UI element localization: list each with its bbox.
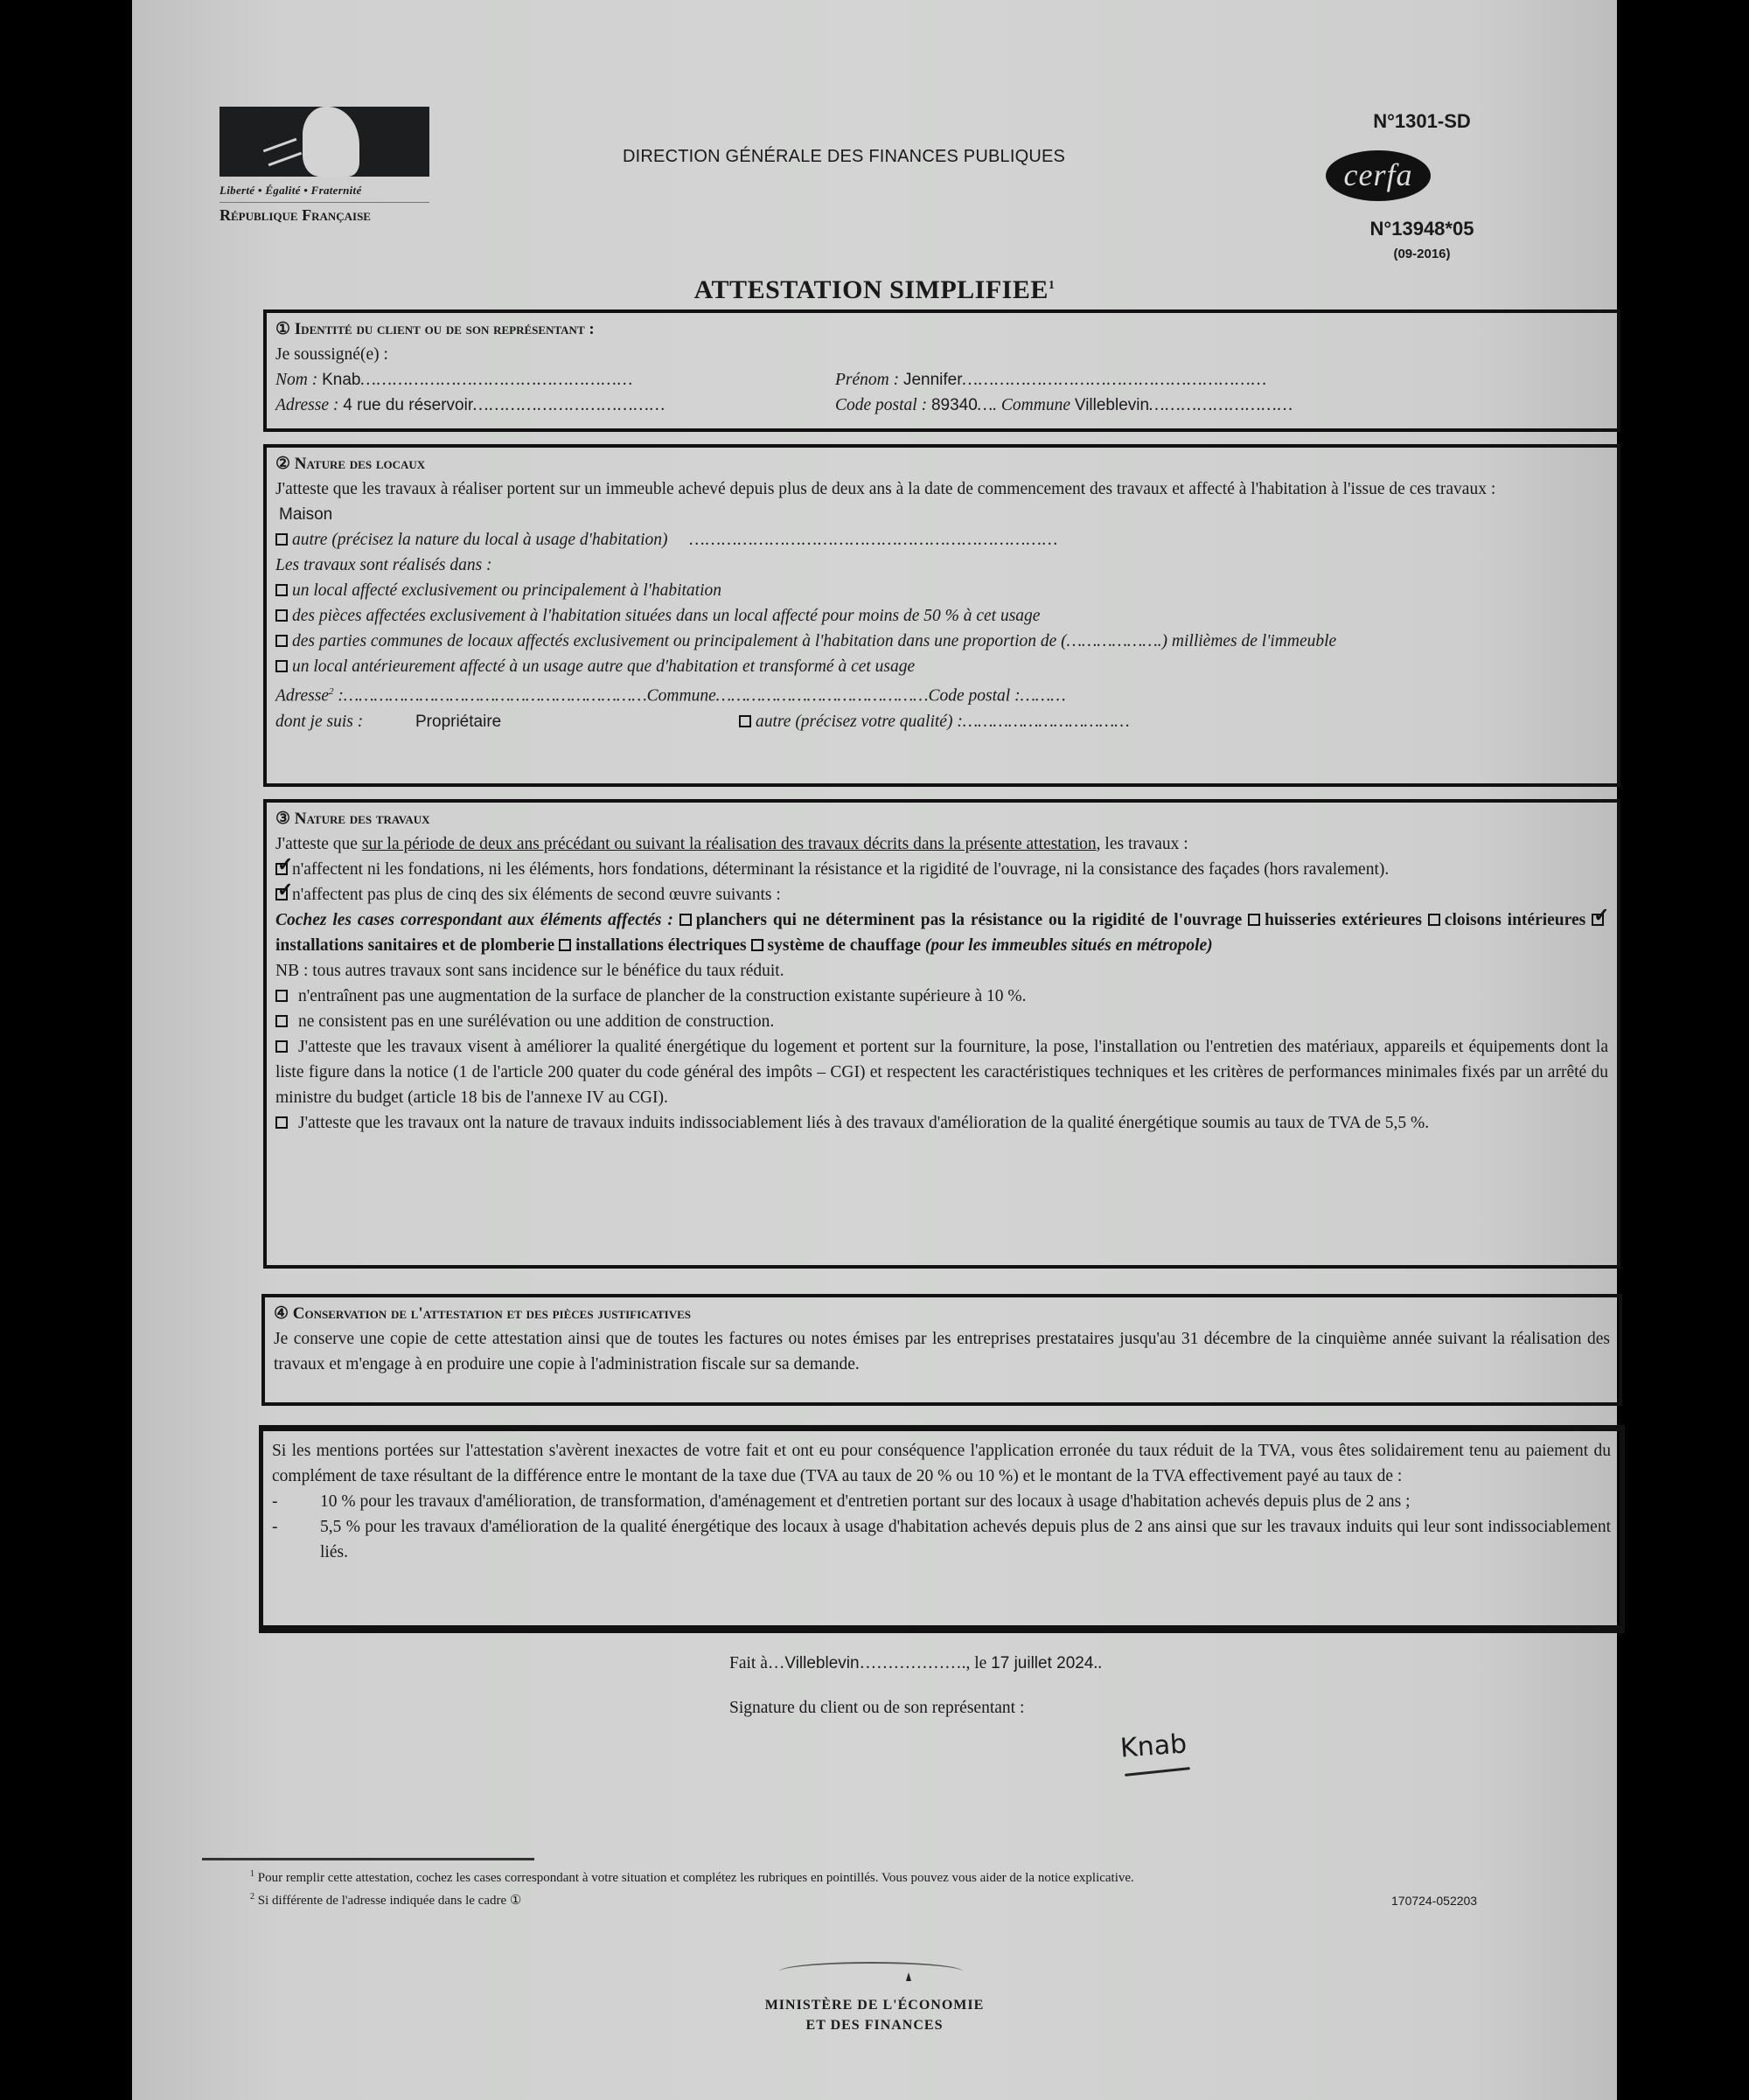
nature-value[interactable]: Maison xyxy=(279,502,1608,527)
checkbox[interactable] xyxy=(275,635,288,647)
form-page: Liberté • Égalité • Fraternité Républiqu… xyxy=(132,0,1617,2100)
warning-text: Si les mentions portées sur l'attestatio… xyxy=(272,1438,1611,1489)
ministry-emblem-arc xyxy=(779,1962,963,1981)
element-option[interactable]: huisseries extérieures xyxy=(1248,911,1428,929)
date-value: 17 juillet 2024 xyxy=(991,1654,1093,1672)
agency-name: DIRECTION GÉNÉRALE DES FINANCES PUBLIQUE… xyxy=(623,147,1065,167)
checkbox[interactable] xyxy=(275,584,288,596)
section-title: ② Nature des locaux xyxy=(275,451,1608,476)
location-option[interactable]: un local affecté exclusivement ou princi… xyxy=(275,578,1608,603)
checkbox[interactable] xyxy=(275,888,288,900)
cerfa-number: N°13948*05 xyxy=(1313,218,1531,240)
location-option[interactable]: des parties communes de locaux affectés … xyxy=(275,629,1608,654)
divider xyxy=(219,202,429,203)
commune-value: Villeblevin xyxy=(1075,396,1149,414)
signature-underline xyxy=(1125,1767,1190,1777)
checkbox[interactable] xyxy=(1428,914,1440,926)
checkbox[interactable] xyxy=(275,1015,288,1027)
element-option[interactable]: système de chauffage xyxy=(751,936,925,955)
elements-list: Cochez les cases correspondant aux éléme… xyxy=(275,907,1608,958)
ministry-name: MINISTÈRE DE L'ÉCONOMIE ET DES FINANCES xyxy=(132,1995,1617,2035)
checkbox[interactable] xyxy=(275,990,288,1002)
checkbox[interactable] xyxy=(679,914,692,926)
marianne-icon xyxy=(219,107,429,177)
section-title: ① Identité du client ou de son représent… xyxy=(275,316,1608,342)
autre-option[interactable]: autre (précisez la nature du local à usa… xyxy=(275,527,1608,553)
marianne-logo: Liberté • Égalité • Fraternité Républiqu… xyxy=(219,107,429,227)
section-conservation: ④ Conservation de l'attestation et des p… xyxy=(261,1294,1622,1406)
adresse-value: 4 rue du réservoir xyxy=(343,396,473,414)
location-option[interactable]: un local antérieurement affecté à un usa… xyxy=(275,654,1608,679)
checkbox[interactable] xyxy=(1592,914,1604,926)
intro-text: J'atteste que les travaux à réaliser por… xyxy=(275,476,1608,502)
conservation-text: Je conserve une copie de cette attestati… xyxy=(274,1326,1610,1377)
form-number: N°1301-SD xyxy=(1313,110,1531,133)
checkbox[interactable] xyxy=(275,660,288,672)
prenom-value: Jennifer xyxy=(903,371,963,389)
nb-note: NB : tous autres travaux sont sans incid… xyxy=(275,958,1608,984)
checkbox[interactable] xyxy=(275,609,288,622)
check-surelevation[interactable]: ne consistent pas en une surélévation ou… xyxy=(275,1009,1608,1034)
footnote-2: 2 Si différente de l'adresse indiquée da… xyxy=(250,1892,521,1909)
checkbox[interactable] xyxy=(751,939,763,951)
element-option[interactable]: planchers qui ne déterminent pas la rési… xyxy=(679,911,1248,929)
place-date-line[interactable]: Fait à…Villeblevin………………., le 17 juillet… xyxy=(729,1654,1102,1673)
check-surface[interactable]: n'entraînent pas une augmentation de la … xyxy=(275,984,1608,1009)
checkbox[interactable] xyxy=(275,1116,288,1129)
section-identity: ① Identité du client ou de son représent… xyxy=(263,309,1620,432)
checkbox[interactable] xyxy=(559,939,571,951)
cerfa-logo: cerfa xyxy=(1326,150,1431,201)
checkbox[interactable] xyxy=(275,1040,288,1053)
warning-box: Si les mentions portées sur l'attestatio… xyxy=(259,1425,1625,1633)
checkbox[interactable] xyxy=(275,533,288,546)
checkbox[interactable] xyxy=(739,715,751,727)
check-induits[interactable]: J'atteste que les travaux ont la nature … xyxy=(275,1110,1608,1136)
intro-text: Je soussigné(e) : xyxy=(275,342,1608,367)
element-option[interactable]: cloisons intérieures xyxy=(1428,911,1592,929)
check-energie[interactable]: J'atteste que les travaux visent à améli… xyxy=(275,1034,1608,1110)
rate-bullet: -5,5 % pour les travaux d'amélioration d… xyxy=(272,1514,1611,1565)
prenom-field[interactable]: Prénom : Jennifer………………………………………………… xyxy=(835,367,1267,393)
autre-qualite-option[interactable]: autre (précisez votre qualité) :……………………… xyxy=(739,709,1130,734)
rate-bullet: -10 % pour les travaux d'amélioration, d… xyxy=(272,1489,1611,1514)
place-value: Villeblevin xyxy=(784,1654,859,1672)
adresse-field[interactable]: Adresse : 4 rue du réservoir……………………………… xyxy=(275,393,818,418)
element-option[interactable]: installations électriques xyxy=(559,936,750,955)
section-title: ④ Conservation de l'attestation et des p… xyxy=(274,1301,1610,1326)
address-line[interactable]: Adresse2 :……………………………………………………Commune………… xyxy=(275,679,1608,709)
footnote-divider xyxy=(202,1858,534,1860)
republic-name: République Française xyxy=(219,206,371,225)
check-second-oeuvre[interactable]: n'affectent pas plus de cinq des six élé… xyxy=(275,882,1608,907)
motto: Liberté • Égalité • Fraternité xyxy=(219,184,362,198)
dont-value[interactable]: Propriétaire xyxy=(415,709,739,734)
checkbox[interactable] xyxy=(275,863,288,875)
travaux-label: Les travaux sont réalisés dans : xyxy=(275,553,1608,578)
section-title: ③ Nature des travaux xyxy=(275,806,1608,831)
intro-text: J'atteste que sur la période de deux ans… xyxy=(275,831,1608,857)
code-postal-field[interactable]: Code postal : 89340…. Commune Villeblevi… xyxy=(835,393,1293,418)
code-postal-value: 89340 xyxy=(931,396,978,414)
nom-value: Knab xyxy=(322,371,360,389)
signature-label: Signature du client ou de son représenta… xyxy=(729,1699,1024,1718)
footnote-1: 1 Pour remplir cette attestation, cochez… xyxy=(250,1869,1134,1886)
dont-label: dont je suis : xyxy=(275,709,415,734)
page-title: ATTESTATION SIMPLIFIEE1 xyxy=(132,275,1617,305)
check-fondations[interactable]: n'affectent ni les fondations, ni les él… xyxy=(275,857,1608,882)
reference-code: 170724-052203 xyxy=(1391,1894,1477,1908)
section-works: ③ Nature des travaux J'atteste que sur l… xyxy=(263,799,1620,1269)
location-option[interactable]: des pièces affectées exclusivement à l'h… xyxy=(275,603,1608,629)
signature[interactable]: Knab xyxy=(1119,1728,1188,1763)
checkbox[interactable] xyxy=(1248,914,1260,926)
section-premises: ② Nature des locaux J'atteste que les tr… xyxy=(263,444,1620,787)
nom-field[interactable]: Nom : Knab…………………………………………… xyxy=(275,367,818,393)
cerfa-date: (09-2016) xyxy=(1313,247,1531,261)
ministry-emblem-icon xyxy=(906,1972,911,1981)
